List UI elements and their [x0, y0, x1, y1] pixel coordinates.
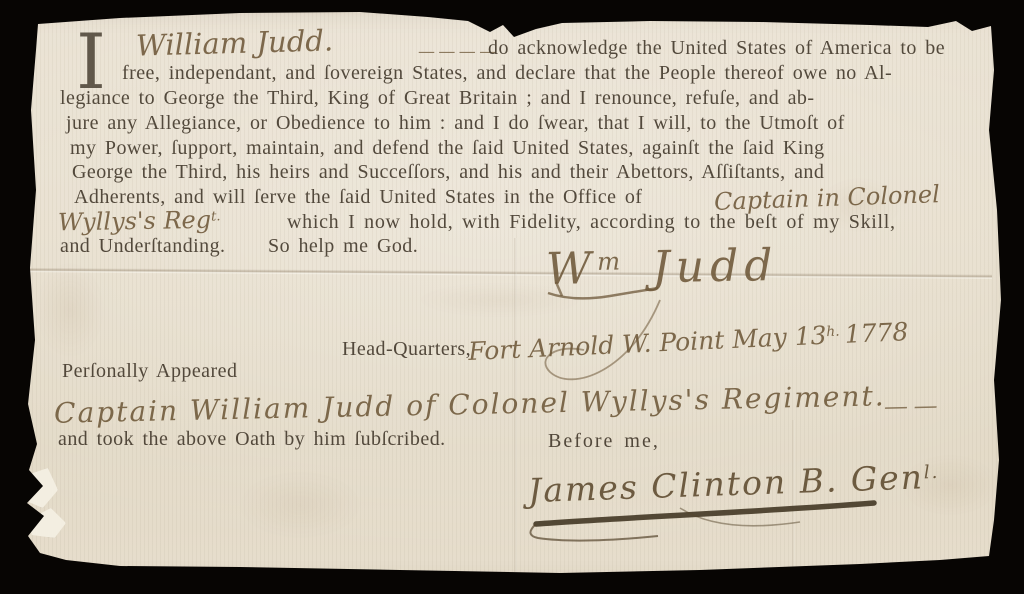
printed-line-6: George the Third, his heirs and Succeſſo… — [72, 161, 824, 184]
handwritten-dash-fill: — — — — — [418, 42, 495, 62]
photograph-background: I William Judd. — — — — do acknowledge t… — [0, 0, 1024, 594]
printed-line-9a: and Underſtanding. — [60, 235, 226, 258]
handwritten-appeared-dash-fill: — — — [884, 391, 937, 420]
signature-william-judd: WmJudd — [546, 240, 779, 295]
printed-line-3: legiance to George the Third, King of Gr… — [60, 87, 814, 110]
printed-before-me: Before me, — [548, 430, 660, 453]
date-superscript: h. — [826, 324, 840, 341]
date-year: 1778 — [844, 317, 909, 349]
signature-judd-w: W — [546, 243, 598, 295]
printed-line-1: do acknowledge the United States of Amer… — [488, 37, 945, 60]
printed-line-9b: So help me God. — [268, 235, 418, 258]
printed-line-8: which I now hold, with Fidelity, accordi… — [287, 211, 896, 234]
handwritten-wyllys-regiment: Wyllys's Regt. — [58, 206, 221, 237]
signature-clinton-superscript: l. — [923, 462, 939, 484]
handwritten-name-william-judd: William Judd. — [136, 23, 334, 62]
printed-line-2: free, independant, and ſovereign States,… — [122, 62, 892, 85]
regiment-text: Wyllys's Reg — [58, 206, 212, 237]
printed-oath-taken-line: and took the above Oath by him ſubſcribe… — [58, 428, 446, 451]
printed-personally-appeared: Perſonally Appeared — [62, 360, 237, 383]
signature-judd-superscript-m: m — [597, 247, 626, 276]
signature-judd-surname: Judd — [652, 240, 779, 293]
printed-line-5: my Power, ſupport, maintain, and defend … — [70, 137, 825, 160]
printed-line-7: Adherents, and will ſerve the ſaid Unite… — [74, 186, 642, 209]
regiment-superscript: t. — [211, 209, 221, 224]
printed-headquarters-label: Head-Quarters, — [342, 338, 471, 361]
printed-line-4: jure any Allegiance, or Obedience to him… — [66, 112, 845, 135]
oath-document-paper: I William Judd. — — — — do acknowledge t… — [0, 0, 1024, 594]
